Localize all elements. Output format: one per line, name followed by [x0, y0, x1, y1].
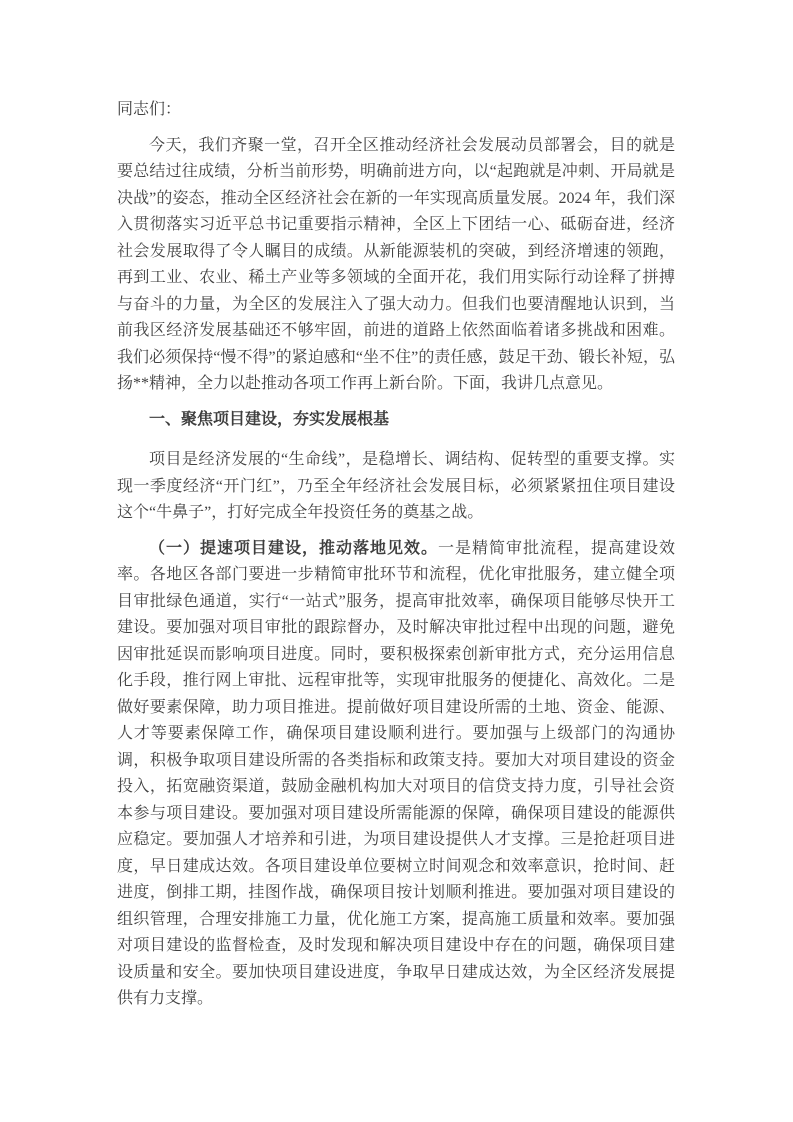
salutation: 同志们：: [117, 97, 675, 124]
subsection-1-paragraph: （一）提速项目建设，推动落地见效。一是精简审批流程，提高建设效率。各地区各部门要…: [117, 536, 675, 1013]
section-1-lead-paragraph: 项目是经济发展的“生命线”，是稳增长、调结构、促转型的重要支撑。实现一季度经济“…: [117, 447, 675, 527]
intro-paragraph: 今天，我们齐聚一堂，召开全区推动经济社会发展动员部署会，目的就是要总结过往成绩，…: [117, 133, 675, 398]
section-1-heading: 一、聚焦项目建设，夯实发展根基: [117, 407, 675, 434]
subsection-1-title: （一）提速项目建设，推动落地见效。: [149, 540, 438, 557]
document-body: { "page": { "background_color": "#ffffff…: [0, 0, 793, 1122]
document-page: 同志们： 今天，我们齐聚一堂，召开全区推动经济社会发展动员部署会，目的就是要总结…: [0, 0, 793, 1122]
subsection-1-body: 一是精简审批流程，提高建设效率。各地区各部门要进一步精简审批环节和流程，优化审批…: [117, 540, 675, 1008]
